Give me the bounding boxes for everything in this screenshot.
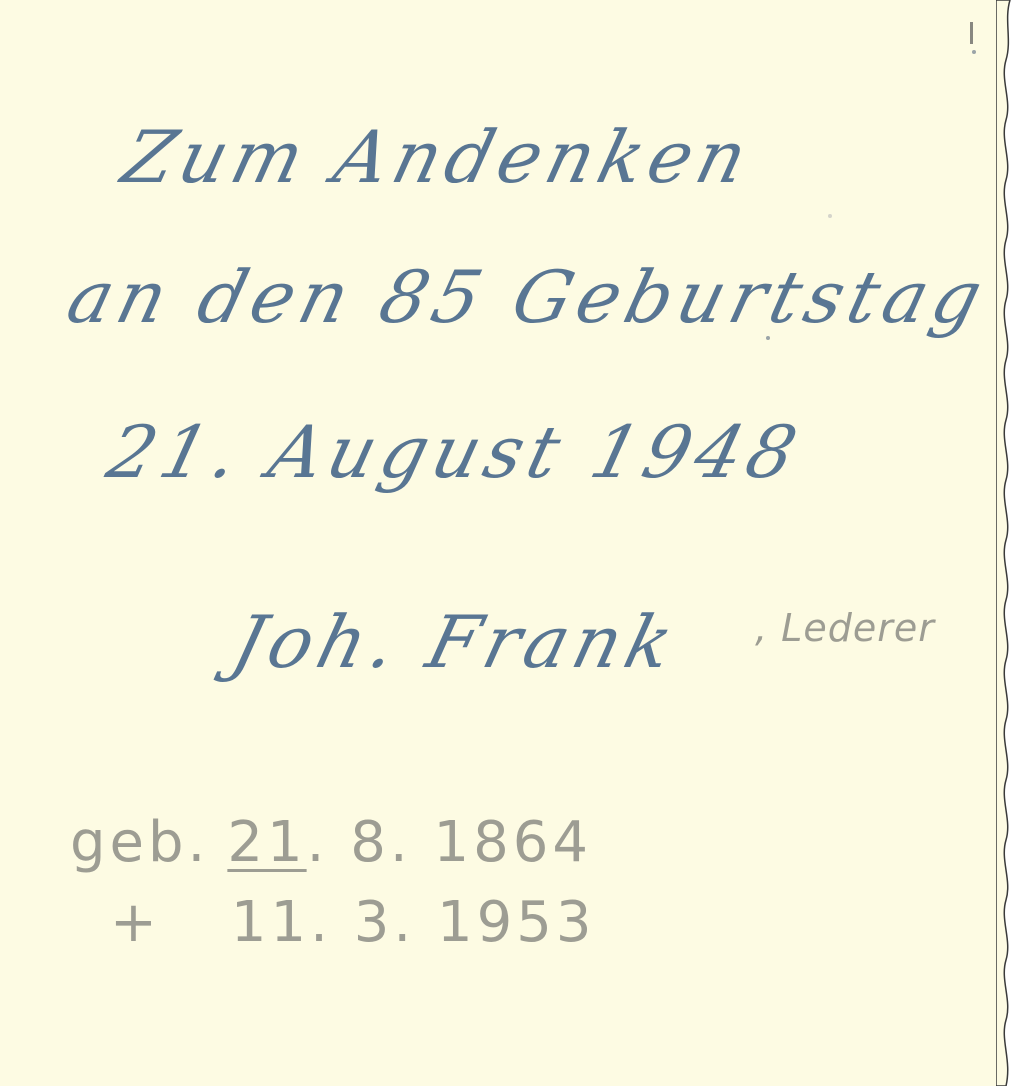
death-date: 11. 3. 1953 (231, 890, 596, 955)
dedication-line-3: 21. August 1948 (100, 410, 811, 494)
paper-sheet: Zum Andenken an den 85 Geburtstag 21. Au… (0, 0, 1005, 1086)
dedication-line-2: an den 85 Geburtstag (60, 255, 996, 339)
birth-rest: . 8. 1864 (307, 810, 592, 875)
deckled-edge (996, 0, 1020, 1086)
signature: Joh. Frank (225, 600, 688, 684)
ink-speck (972, 50, 976, 54)
death-cross-icon: + (110, 890, 161, 955)
paper-speck (828, 214, 832, 218)
birth-date-note: geb.21. 8. 1864 (70, 810, 592, 875)
birth-day: 21 (227, 810, 306, 875)
birth-label: geb. (70, 810, 209, 875)
dedication-line-1: Zum Andenken (115, 115, 762, 199)
ink-mark (970, 22, 973, 44)
death-date-note: +11. 3. 1953 (110, 890, 596, 955)
occupation-note: , Lederer (755, 606, 935, 650)
